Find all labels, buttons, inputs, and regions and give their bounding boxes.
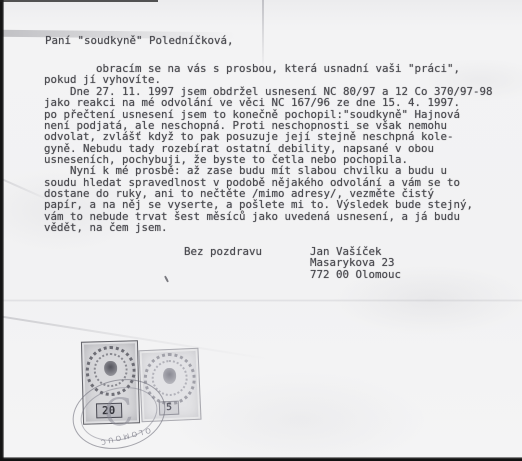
scanned-letter: Paní "soudkyně" Poledníčková, obracím se… [0,0,522,461]
signature-city: 772 00 Olomouc [310,269,401,280]
closing-phrase: Bez pozdravu [184,246,262,257]
scan-edge-left [0,0,4,461]
postmark-arc-icon: C [102,389,136,436]
body-paragraph: Dne 27. 11. 1997 jsem obdržel usnesení N… [44,86,493,233]
intro-paragraph: obracím se na vás s prosbou, která usnad… [44,63,460,86]
crease-line [0,299,522,302]
signature-block: Jan Vašíček Masarykova 23 772 00 Olomouc [310,246,401,280]
scan-edge-bottom [0,457,522,461]
signature-street: Masarykova 23 [310,257,401,268]
salutation: Paní "soudkyně" Poledníčková, [45,35,234,46]
scan-edge-top [0,0,158,2]
